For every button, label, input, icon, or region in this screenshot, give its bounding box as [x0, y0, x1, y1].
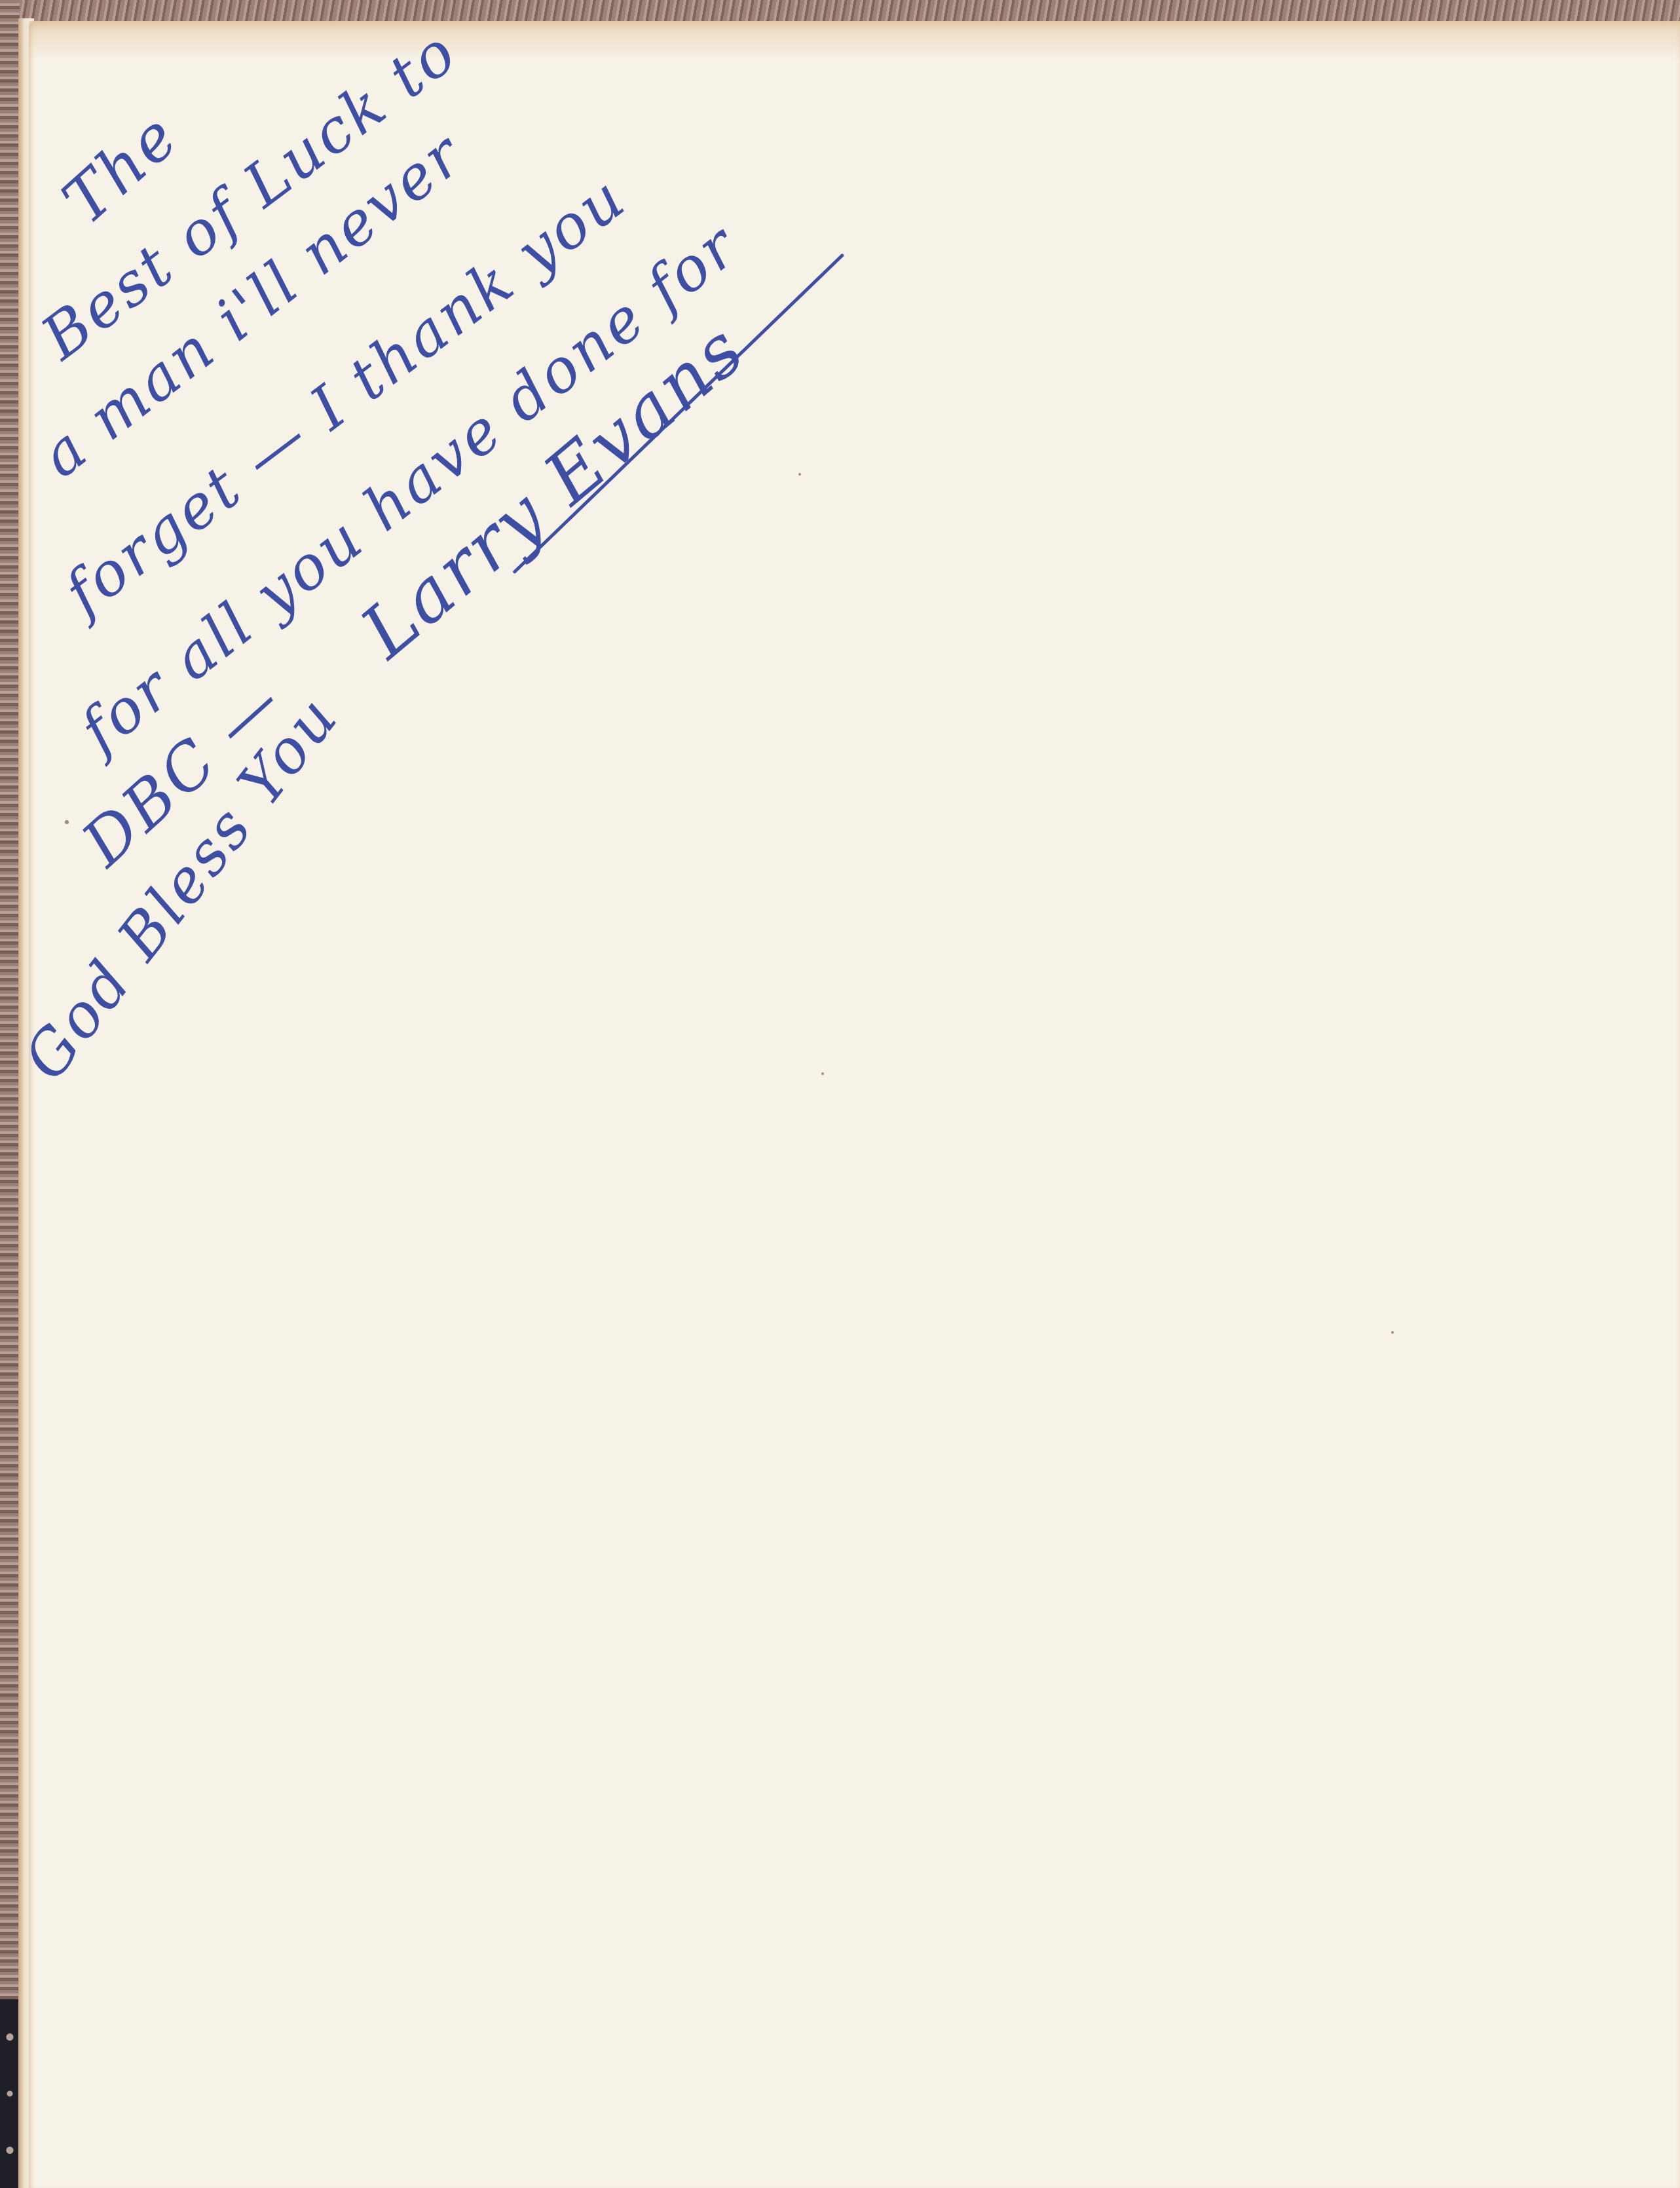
book-cover-left: [0, 0, 20, 2188]
paper-speck: [821, 1072, 824, 1075]
paper-speck: [798, 473, 801, 476]
paper-speck: [65, 820, 69, 824]
book-page: The Best of Luck to a man i'll never for…: [29, 21, 1680, 2188]
book-cover-marbled-corner: [0, 1999, 20, 2188]
paper-speck: [1391, 1331, 1394, 1334]
